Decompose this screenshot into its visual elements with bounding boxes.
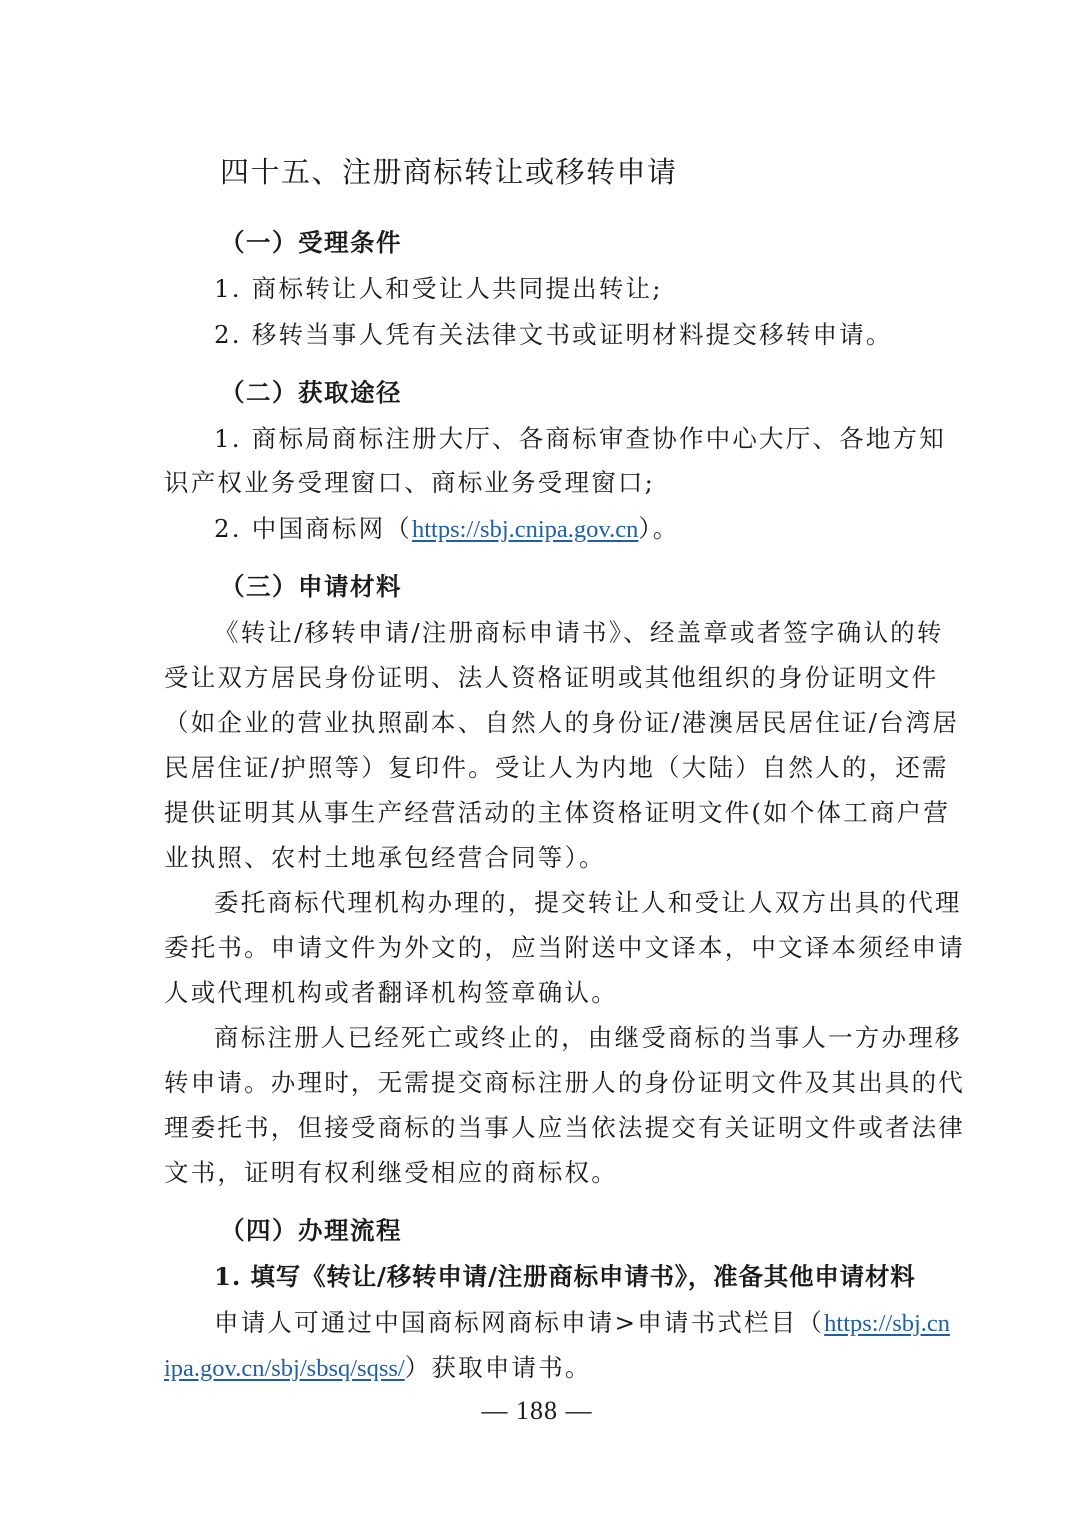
- section-heading-application-materials: （三）申请材料: [220, 572, 402, 602]
- paragraph-line: 1. 商标转让人和受让人共同提出转让;: [214, 274, 663, 304]
- paragraph-line: 识产权业务受理窗口、商标业务受理窗口;: [164, 468, 655, 498]
- paragraph-line: 委托商标代理机构办理的，提交转让人和受让人双方出具的代理: [214, 888, 962, 918]
- paragraph-line-with-link: ipa.gov.cn/sbj/sbsq/sqss/）获取申请书。: [164, 1353, 592, 1384]
- section-heading-access-channels: （二）获取途径: [220, 378, 402, 408]
- page-number: — 188 —: [0, 1396, 1074, 1426]
- link-prefix: 申请人可通过中国商标网商标申请>申请书式栏目（: [214, 1308, 824, 1337]
- application-forms-link-continued[interactable]: ipa.gov.cn/sbj/sbsq/sqss/: [164, 1355, 405, 1382]
- section-heading-acceptance-conditions: （一）受理条件: [220, 228, 402, 258]
- paragraph-line: 转申请。办理时，无需提交商标注册人的身份证明文件及其出具的代: [164, 1068, 965, 1098]
- trademark-website-link[interactable]: https://sbj.cnipa.gov.cn: [412, 516, 638, 543]
- paragraph-line: （如企业的营业执照副本、自然人的身份证/港澳居民居住证/台湾居: [164, 708, 959, 738]
- paragraph-line: 《转让/移转申请/注册商标申请书》、经盖章或者签字确认的转: [214, 618, 944, 648]
- paragraph-line: 人或代理机构或者翻译机构签章确认。: [164, 978, 618, 1008]
- link-suffix: ）获取申请书。: [405, 1353, 592, 1382]
- paragraph-line: 民居住证/护照等）复印件。受让人为内地（大陆）自然人的，还需: [164, 753, 949, 783]
- link-prefix: 2. 中国商标网（: [214, 514, 412, 543]
- section-heading-procedure: （四）办理流程: [220, 1216, 402, 1246]
- paragraph-line: 委托书。申请文件为外文的，应当附送中文译本，中文译本须经申请: [164, 933, 965, 963]
- paragraph-line: 受让双方居民身份证明、法人资格证明或其他组织的身份证明文件: [164, 663, 938, 693]
- link-suffix: ）。: [638, 514, 679, 543]
- paragraph-line: 2. 移转当事人凭有关法律文书或证明材料提交移转申请。: [214, 320, 893, 350]
- document-page: 四十五、注册商标转让或移转申请 （一）受理条件 1. 商标转让人和受让人共同提出…: [0, 0, 1074, 1520]
- paragraph-line: 提供证明其从事生产经营活动的主体资格证明文件(如个体工商户营: [164, 798, 950, 828]
- paragraph-line: 商标注册人已经死亡或终止的，由继受商标的当事人一方办理移: [214, 1023, 962, 1053]
- paragraph-line-with-link: 申请人可通过中国商标网商标申请>申请书式栏目（https://sbj.cn: [214, 1308, 950, 1339]
- paragraph-line: 理委托书，但接受商标的当事人应当依法提交有关证明文件或者法律: [164, 1113, 965, 1143]
- paragraph-line: 文书，证明有权利继受相应的商标权。: [164, 1158, 618, 1188]
- step-1-title: 1. 填写《转让/移转申请/注册商标申请书》，准备其他申请材料: [214, 1262, 916, 1292]
- paragraph-line-with-link: 2. 中国商标网（https://sbj.cnipa.gov.cn）。: [214, 514, 680, 545]
- page-title: 四十五、注册商标转让或移转申请: [220, 154, 678, 190]
- paragraph-line: 1. 商标局商标注册大厅、各商标审查协作中心大厅、各地方知: [214, 424, 946, 454]
- paragraph-line: 业执照、农村土地承包经营合同等）。: [164, 843, 606, 873]
- application-forms-link[interactable]: https://sbj.cn: [824, 1310, 950, 1337]
